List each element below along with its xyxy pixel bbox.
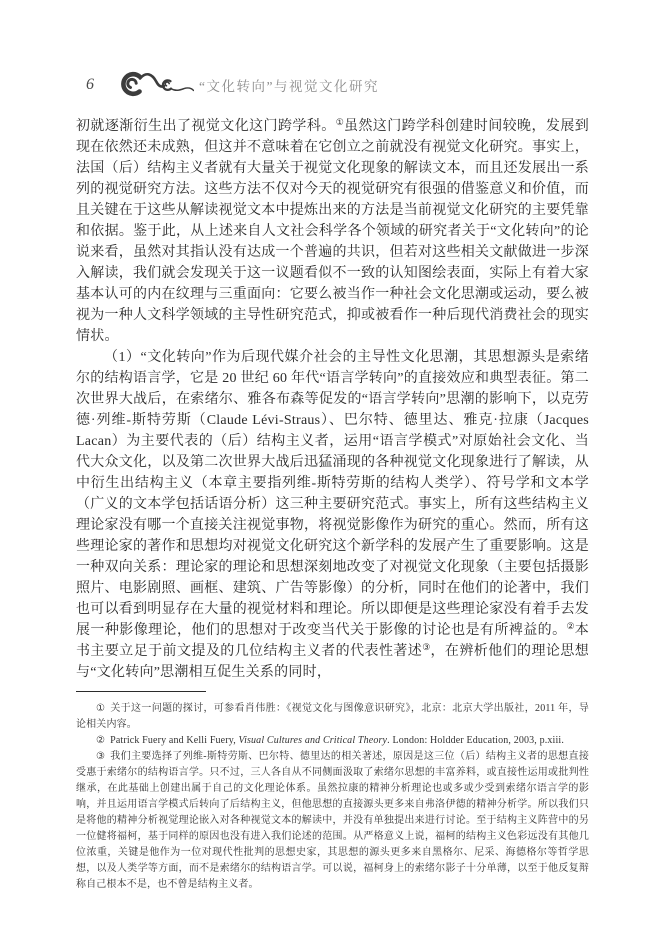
paragraph-2: （1）“文化转向”作为后现代媒介社会的主导性文化思潮，其思想源头是索绪尔的结构语…: [76, 347, 589, 683]
paragraph-1-text: 初就逐渐衍生出了视觉文化这门跨学科。: [76, 119, 336, 134]
footnote-1-marker: ①: [96, 703, 105, 714]
footnote-1-text: 关于这一问题的探讨，可参看肖伟胜：《视觉文化与图像意识研究》，北京：北京大学出版…: [76, 703, 589, 730]
footnote-2-text-after: . London: Holdder Education, 2003, p.xii…: [387, 735, 564, 746]
cloud-swirl-ornament-icon: [118, 71, 194, 99]
running-head: 6 “文化转向”与视觉文化研究: [86, 70, 588, 100]
paragraph-1-text-cont: 虽然这门跨学科创建时间较晚，发展到现在依然还未成熟，但这并不意味着在它创立之前就…: [76, 119, 589, 344]
footnote-2-text-before: Patrick Fuery and Kelli Fuery,: [110, 735, 238, 746]
footnote-1: ①关于这一问题的探讨，可参看肖伟胜：《视觉文化与图像意识研究》，北京：北京大学出…: [76, 701, 589, 733]
page-number: 6: [86, 76, 94, 94]
footnote-separator: [76, 691, 206, 692]
body-text: 初就逐渐衍生出了视觉文化这门跨学科。①虽然这门跨学科创建时间较晚，发展到现在依然…: [76, 116, 589, 893]
footnote-2: ②Patrick Fuery and Kelli Fuery, Visual C…: [76, 733, 589, 749]
footnote-3-marker: ③: [96, 751, 105, 762]
footnote-ref-1: ①: [336, 117, 344, 127]
paragraph-1: 初就逐渐衍生出了视觉文化这门跨学科。①虽然这门跨学科创建时间较晚，发展到现在依然…: [76, 116, 589, 347]
paragraph-2-text: （1）“文化转向”作为后现代媒介社会的主导性文化思潮，其思想源头是索绪尔的结构语…: [76, 350, 589, 638]
footnote-3-text: 我们主要选择了列维-斯特劳斯、巴尔特、德里达的相关著述，原因是这三位（后）结构主…: [76, 751, 589, 890]
chapter-title: “文化转向”与视觉文化研究: [199, 75, 379, 95]
footnote-ref-2: ②: [567, 621, 575, 631]
footnote-2-marker: ②: [96, 735, 105, 746]
book-page: 6 “文化转向”与视觉文化研究 初就逐渐衍生出了视觉文化这门跨学科。①虽然这门跨…: [0, 0, 661, 925]
footnotes: ①关于这一问题的探讨，可参看肖伟胜：《视觉文化与图像意识研究》，北京：北京大学出…: [76, 701, 589, 893]
footnote-2-book-title: Visual Cultures and Critical Theory: [239, 735, 388, 746]
footnote-3: ③我们主要选择了列维-斯特劳斯、巴尔特、德里达的相关著述，原因是这三位（后）结构…: [76, 749, 589, 893]
